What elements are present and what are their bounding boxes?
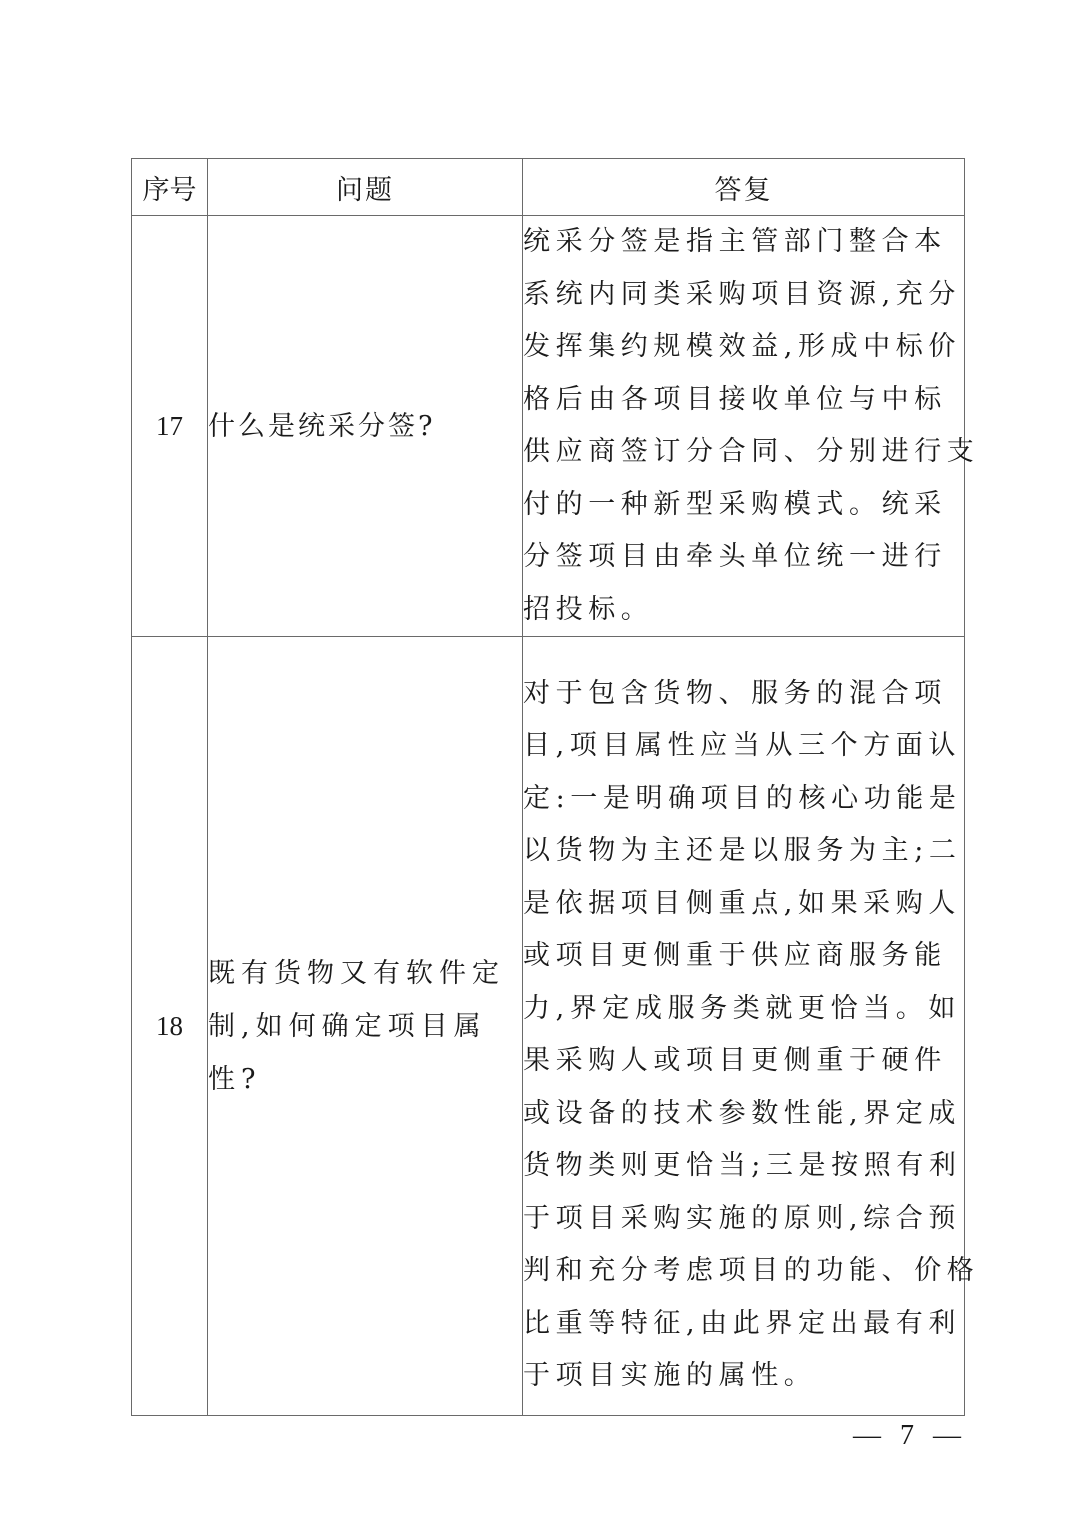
answer-line: 付的一种新型采购模式。统采 [523, 479, 964, 532]
answer-line: 统采分签是指主管部门整合本 [523, 216, 964, 269]
page-number: — 7 — [853, 1420, 967, 1452]
answer-line: 招投标。 [523, 584, 964, 637]
table-row: 17 什么是统采分签? 统采分签是指主管部门整合本 系统内同类采购项目资源,充分… [132, 216, 965, 637]
answer-line: 或项目更侧重于供应商服务能 [523, 930, 964, 983]
document-page: 序号 问题 答复 17 什么是统采分签? 统采分签是指主管部门整合本 系统内同类… [0, 0, 1092, 1535]
row-answer: 统采分签是指主管部门整合本 系统内同类采购项目资源,充分 发挥集约规模效益,形成… [523, 216, 965, 637]
qa-table: 序号 问题 答复 17 什么是统采分签? 统采分签是指主管部门整合本 系统内同类… [131, 158, 965, 1416]
answer-line: 定:一是明确项目的核心功能是 [523, 773, 964, 826]
answer-line: 以货物为主还是以服务为主;二 [523, 825, 964, 878]
answer-line: 果采购人或项目更侧重于硬件 [523, 1035, 964, 1088]
column-header-question: 问题 [208, 159, 523, 216]
row-answer: 对于包含货物、服务的混合项 目,项目属性应当从三个方面认 定:一是明确项目的核心… [523, 637, 965, 1416]
answer-line: 于项目采购实施的原则,综合预 [523, 1193, 964, 1246]
answer-line: 对于包含货物、服务的混合项 [523, 668, 964, 721]
table-header-row: 序号 问题 答复 [132, 159, 965, 216]
answer-line: 是依据项目侧重点,如果采购人 [523, 878, 964, 931]
answer-line: 于项目实施的属性。 [523, 1350, 964, 1403]
answer-line: 货物类则更恰当;三是按照有利 [523, 1140, 964, 1193]
answer-line: 分签项目由牵头单位统一进行 [523, 531, 964, 584]
answer-line: 比重等特征,由此界定出最有利 [523, 1298, 964, 1351]
row-question: 既有货物又有软件定 制,如何确定项目属 性? [208, 637, 523, 1416]
answer-line: 或设备的技术参数性能,界定成 [523, 1088, 964, 1141]
answer-line: 目,项目属性应当从三个方面认 [523, 720, 964, 773]
answer-line: 发挥集约规模效益,形成中标价 [523, 321, 964, 374]
column-header-number: 序号 [132, 159, 208, 216]
row-number: 17 [132, 216, 208, 637]
answer-line: 格后由各项目接收单位与中标 [523, 374, 964, 427]
question-line: 性? [208, 1053, 522, 1106]
answer-line: 系统内同类采购项目资源,充分 [523, 269, 964, 322]
question-line: 制,如何确定项目属 [208, 1000, 522, 1053]
answer-line: 供应商签订分合同、分别进行支 [523, 426, 964, 479]
question-line: 既有货物又有软件定 [208, 947, 522, 1000]
answer-line: 判和充分考虑项目的功能、价格 [523, 1245, 964, 1298]
answer-line: 力,界定成服务类就更恰当。如 [523, 983, 964, 1036]
row-question: 什么是统采分签? [208, 216, 523, 637]
row-number: 18 [132, 637, 208, 1416]
table-row: 18 既有货物又有软件定 制,如何确定项目属 性? 对于包含货物、服务的混合项 … [132, 637, 965, 1416]
column-header-answer: 答复 [523, 159, 965, 216]
